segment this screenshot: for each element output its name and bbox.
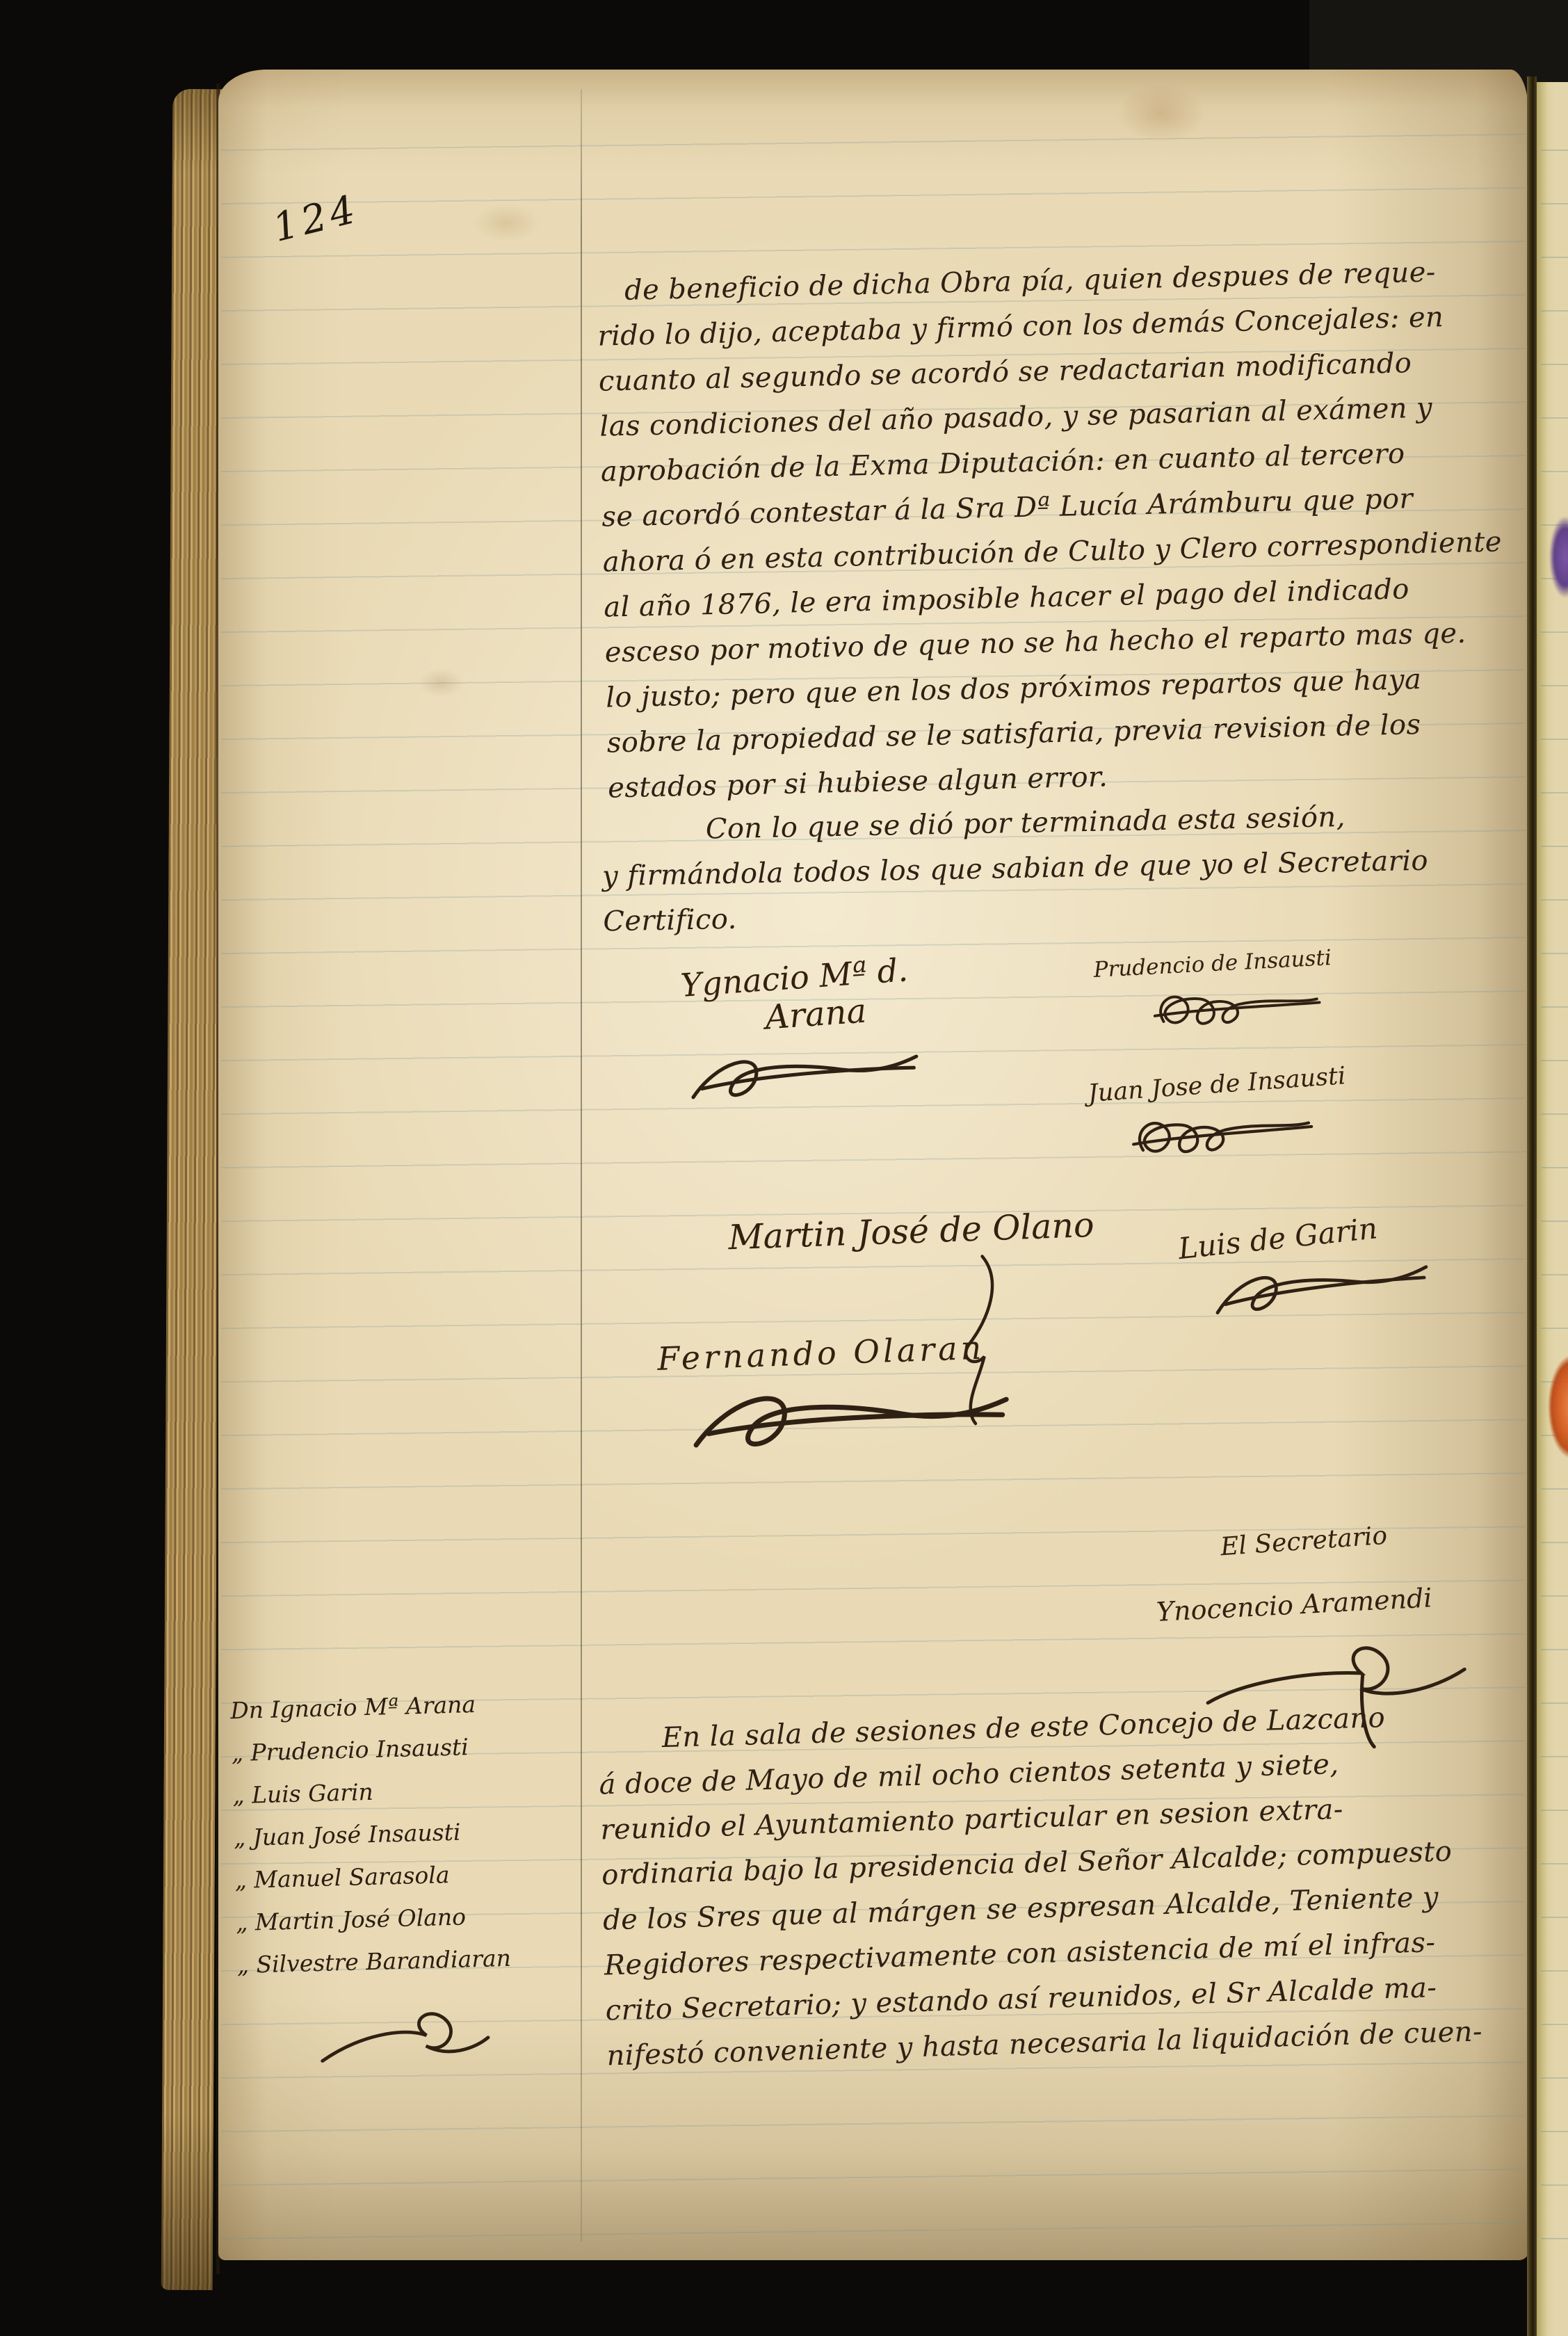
signature-prudencio: Prudencio de Insausti (1093, 945, 1336, 1049)
signature-fernando-olaran: Fernando Olaran (656, 1328, 1017, 1489)
next-page-ruled-lines (1541, 97, 1568, 2246)
margin-flourish (311, 1994, 498, 2091)
closing-paragraph: Con lo que se dió por terminada esta ses… (601, 794, 1430, 945)
archival-photo: 124 de beneficio de dicha Obra pía, quie… (0, 0, 1568, 2336)
margin-rule-line (581, 89, 582, 2241)
attendee: „ Juan José Insausti (233, 1810, 508, 1859)
attendee: „ Martin José Olano (235, 1894, 510, 1944)
session-paragraph: En la sala de sesiones de este Concejo d… (597, 1693, 1483, 2079)
signature-flourish (1135, 970, 1333, 1047)
signature-arana: Ygnacio Mª d. Arana (679, 950, 927, 1133)
margin-attendee-list: Dn Ignacio Mª Arana „ Prudencio Insausti… (229, 1682, 511, 1986)
signature-flourish (687, 1365, 1017, 1488)
attendee: „ Manuel Sarasola (234, 1852, 510, 1901)
attendee: Dn Ignacio Mª Arana (229, 1682, 505, 1732)
signature-flourish (685, 1026, 927, 1133)
book-gutter (1527, 76, 1537, 2336)
attendee: „ Silvestre Barandiaran (236, 1937, 512, 1986)
signature-juan-jose: Juan Jose de Insausti (1087, 1062, 1351, 1180)
attendee: „ Luis Garin (232, 1767, 508, 1817)
attendee: „ Prudencio Insausti (231, 1725, 506, 1774)
book-page-edges (161, 89, 225, 2290)
minutes-paragraph-1: de beneficio de dicha Obra pía, quien de… (596, 248, 1508, 811)
